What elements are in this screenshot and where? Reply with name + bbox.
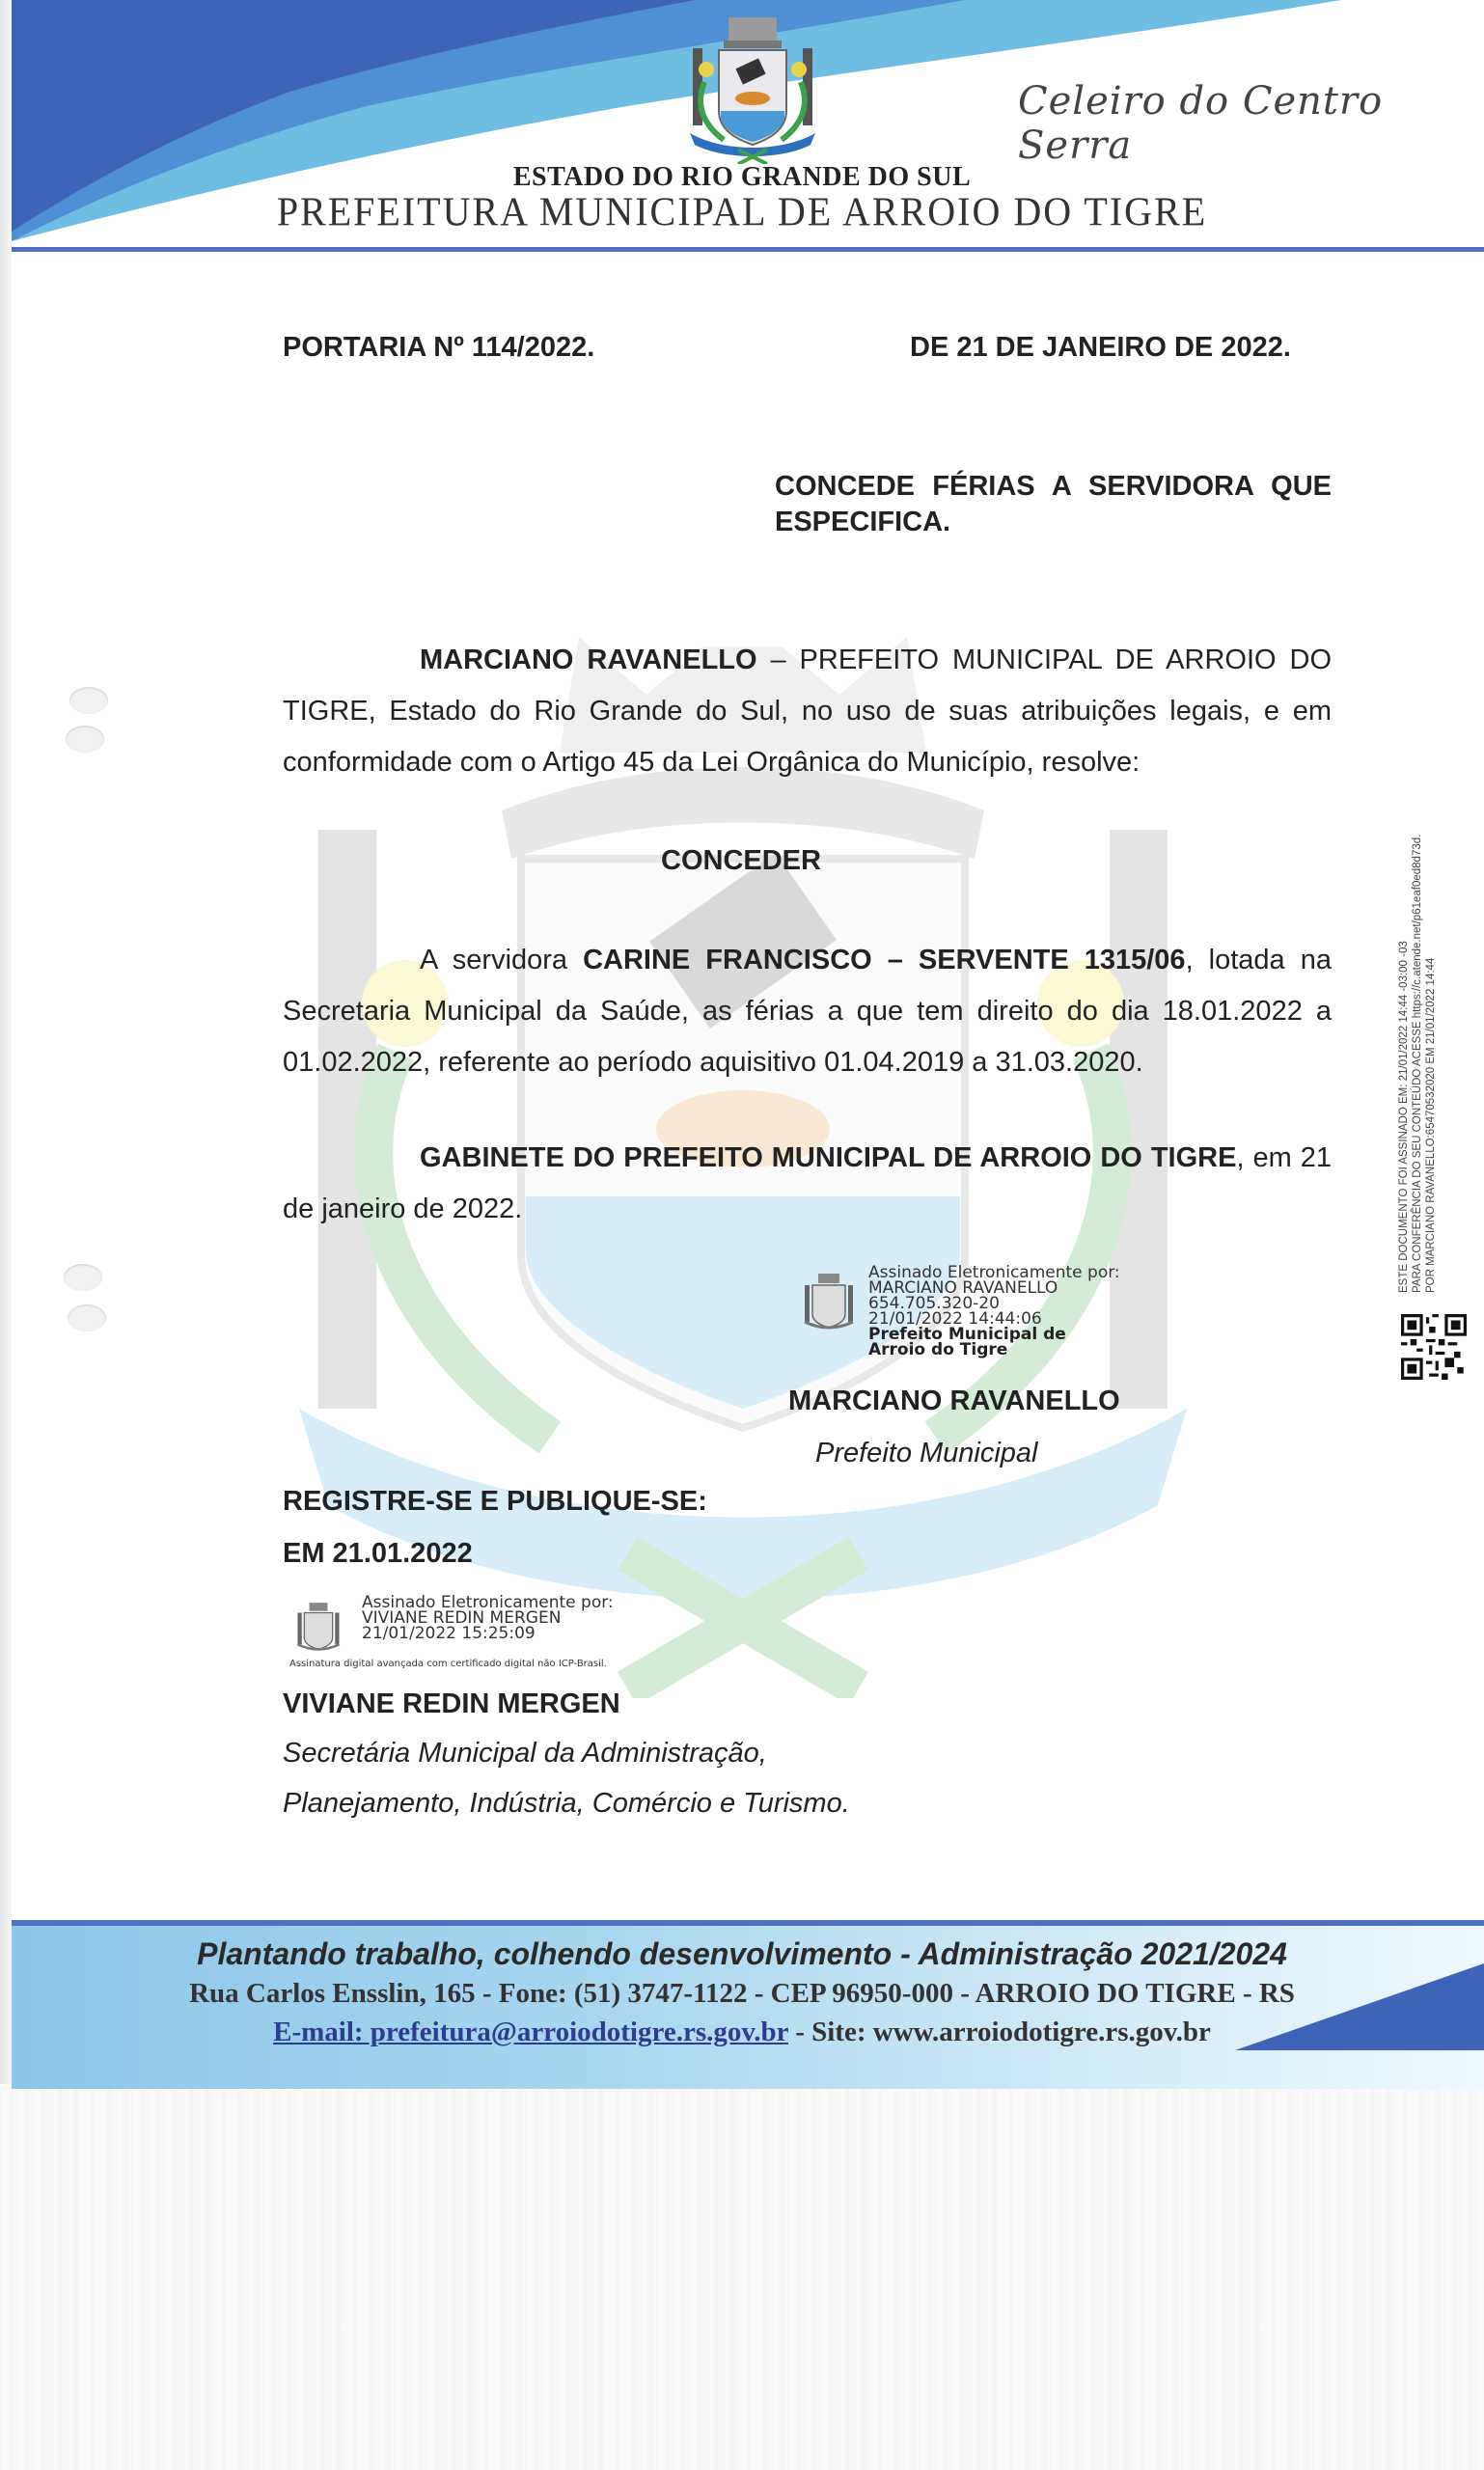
punch-hole (66, 726, 104, 753)
action-text: CONCEDER (661, 845, 821, 876)
header-divider (12, 247, 1484, 252)
mayor-signature-stamp: Assinado Eletronicamente por: MARCIANO R… (868, 1265, 1120, 1358)
ordinance-summary: CONCEDE FÉRIAS A SERVIDORA QUE ESPECIFIC… (775, 469, 1332, 540)
email-link[interactable]: E-mail: prefeitura@arroiodotigre.rs.gov.… (273, 2017, 788, 2047)
institution-name: PREFEITURA MUNICIPAL DE ARROIO DO TIGRE (0, 188, 1484, 235)
secretary-name: VIVIANE REDIN MERGEN (283, 1688, 620, 1720)
footer-contact: E-mail: prefeitura@arroiodotigre.rs.gov.… (0, 2017, 1484, 2048)
action-heading: CONCEDER (0, 836, 1484, 887)
site-text: - Site: www.arroiodotigre.rs.gov.br (788, 2017, 1211, 2047)
registration-date: EM 21.01.2022 (283, 1538, 473, 1570)
secretary-role-line2: Planejamento, Indústria, Comércio e Turi… (283, 1788, 850, 1820)
ordinance-number: PORTARIA Nº 114/2022. (283, 322, 594, 373)
signature-disclaimer: Assinatura digital avançada com certific… (289, 1658, 695, 1670)
mayor-name-inline: MARCIANO RAVANELLO (420, 645, 757, 675)
preamble-paragraph: MARCIANO RAVANELLO – PREFEITO MUNICIPAL … (283, 635, 1332, 788)
scan-blank-area (0, 2086, 1484, 2470)
signature-crest-icon (294, 1600, 343, 1656)
footer-address: Rua Carlos Ensslin, 165 - Fone: (51) 374… (0, 1978, 1484, 2010)
closing-paragraph: GABINETE DO PREFEITO MUNICIPAL DE ARROIO… (283, 1133, 1332, 1235)
punch-hole (69, 687, 108, 714)
body-paragraph: A servidora CARINE FRANCISCO – SERVENTE … (283, 935, 1332, 1088)
signature-crest-icon (801, 1272, 857, 1333)
punch-hole (68, 1304, 106, 1331)
footer-divider (12, 1920, 1484, 1926)
office-name: GABINETE DO PREFEITO MUNICIPAL DE ARROIO… (420, 1142, 1236, 1173)
verification-line: POR MARCIANO RAVANELLO:65470532020 EM 21… (1424, 714, 1438, 1293)
qr-code-icon[interactable] (1401, 1314, 1467, 1380)
scan-edge (0, 0, 12, 2084)
mayor-name: MARCIANO RAVANELLO (788, 1386, 1120, 1417)
stamp-line-bold: Arroio do Tigre (868, 1342, 1120, 1358)
verification-line[interactable]: PARA CONFERÊNCIA DO SEU CONTEÚDO ACESSE … (1411, 714, 1424, 1293)
secretary-role-line1: Secretária Municipal da Administração, (283, 1738, 767, 1770)
registration-label: REGISTRE-SE E PUBLIQUE-SE: (283, 1486, 707, 1518)
verification-text: ESTE DOCUMENTO FOI ASSINADO EM: 21/01/20… (1397, 714, 1438, 1293)
coat-of-arms-icon (675, 10, 830, 164)
body-lead: A servidora (420, 945, 583, 975)
punch-hole (64, 1264, 102, 1291)
stamp-line: 21/01/2022 15:25:09 (362, 1626, 614, 1641)
secretary-signature-stamp: Assinado Eletronicamente por: VIVIANE RE… (362, 1595, 614, 1641)
mayor-role: Prefeito Municipal (815, 1438, 1038, 1469)
verification-line: ESTE DOCUMENTO FOI ASSINADO EM: 21/01/20… (1397, 714, 1411, 1293)
employee-name: CARINE FRANCISCO – SERVENTE 1315/06 (583, 945, 1185, 975)
ordinance-date: DE 21 DE JANEIRO DE 2022. (910, 322, 1291, 373)
footer-slogan: Plantando trabalho, colhendo desenvolvim… (0, 1936, 1484, 1972)
motto: Celeiro do Centro Serra (1018, 79, 1484, 168)
